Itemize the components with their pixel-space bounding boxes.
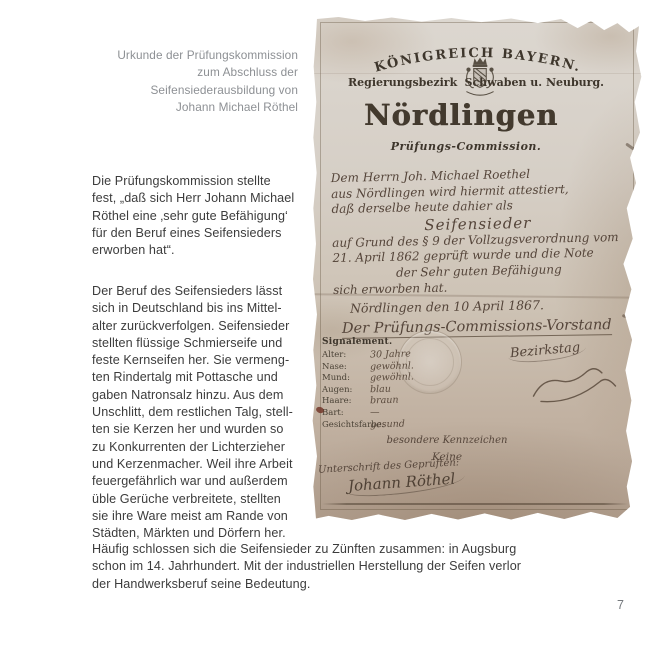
signalement-value: gewöhnl. [370,372,414,384]
handwritten-date: Nördlingen den 10 April 1867. [350,297,544,315]
text-line: Röthel eine ‚sehr gute Befähigung‘ [92,208,304,225]
caption-line: Urkunde der Prüfungskommission [88,47,298,64]
signalement-value: braun [370,395,399,407]
signalement-label: Nase: [322,362,370,372]
text-line: stellten flüssige Schmierseife und [92,335,304,352]
tear-mark [630,449,639,457]
text-line: zu Konkurrenten der Lichterzieher [92,439,304,456]
certificate-photo: KÖNIGREICH BAYERN. Regierungsbezirk Schw… [312,16,644,522]
body-paragraph-history: Der Beruf des Seifensieders lässt sich i… [92,283,304,542]
text-line: sie ihre Ware meist am Rande von [92,508,304,525]
certificate-bottom-rule [322,503,628,505]
commission-subtitle: Prüfungs-Commission. [312,140,620,153]
caption-line: zum Abschluss der [88,64,298,81]
tear-mark [631,252,642,259]
signalement-label: Bart: [322,408,370,418]
bavarian-coat-of-arms-icon [458,56,502,102]
text-line: feuergefährlich war und außerdem [92,473,304,490]
city-title: Nördlingen [312,98,610,132]
tear-mark [625,142,637,152]
text-line: schon im 14. Jahrhundert. Mit der indust… [92,558,512,575]
signalement-row: Gesichtsfarbe: gesund [322,419,452,431]
signalement-row: Bart: — [322,407,452,419]
signalement-label: Mund: [322,373,370,383]
handwritten-attestation: Dem Herrn Joh. Michael Roethel aus Nördl… [331,165,626,298]
commission-chair-line: Der Prüfungs-Commissions-Vorstand [342,317,612,339]
signalement-value: blau [370,384,391,396]
caption-line: Seifensiederausbildung von [88,82,298,99]
district-left-label: Regierungsbezirk [348,76,457,89]
signalement-value: — [370,407,380,418]
signalement-row: Alter: 30 Jahre [322,349,452,361]
distinguishing-marks-label: besondere Kennzeichen [347,435,547,446]
signalement-label: Augen: [322,385,370,395]
caption-line: Johann Michael Röthel [88,99,298,116]
signalement-block: Signalement. Alter: 30 Jahre Nase: gewöh… [322,337,452,430]
signalement-row: Augen: blau [322,384,452,396]
text-line: fest, „daß sich Herr Johann Michael [92,190,304,207]
text-line: ten Rindertalg mit Pottasche und [92,369,304,386]
text-line: Die Prüfungskommission stellte [92,173,304,190]
body-paragraph-quote: Die Prüfungskommission stellte fest, „da… [92,173,304,259]
text-line: feste Kernseifen her. Sie vermeng- [92,352,304,369]
signalement-value: gewöhnl. [370,360,414,372]
page-number: 7 [604,598,624,612]
text-line: Unschlitt, dem restlichen Talg, stell- [92,404,304,421]
signalement-row: Haare: braun [322,395,452,407]
signalement-label: Alter: [322,350,370,360]
text-line: für den Beruf eines Seifensieders [92,225,304,242]
image-caption: Urkunde der Prüfungskommission zum Absch… [88,47,298,117]
text-line: erworben hat“. [92,242,304,259]
body-paragraph-guilds: Häufig schlossen sich die Seifensieder z… [92,541,512,593]
signalement-header: Signalement. [322,337,452,347]
text-line: Städten, Märkten und Dörfern her. [92,525,304,542]
text-line: sich in Deutschland bis ins Mittel- [92,300,304,317]
text-line: der Handwerksberuf seine Bedeutung. [92,576,512,593]
signalement-label: Gesichtsfarbe: [322,420,370,430]
signalement-value: 30 Jahre [370,348,411,360]
text-line: alter zurückverfolgen. Seifensieder [92,318,304,335]
signalement-row: Mund: gewöhnl. [322,372,452,384]
signalement-row: Nase: gewöhnl. [322,361,452,373]
tear-mark [622,314,636,321]
text-line: Der Beruf des Seifensieders lässt [92,283,304,300]
signalement-label: Haare: [322,396,370,406]
book-page: Urkunde der Prüfungskommission zum Absch… [0,0,648,648]
text-line: und Kerzenmacher. Weil ihre Arbeit [92,456,304,473]
text-line: Häufig schlossen sich die Seifensieder z… [92,541,512,558]
text-line: ten sie Kerzen her und wurden so [92,421,304,438]
text-line: gaben Natronsalz hinzu. Aus dem [92,387,304,404]
text-line: üble Gerüche verbreitete, stellten [92,491,304,508]
signalement-value: gesund [370,418,405,430]
